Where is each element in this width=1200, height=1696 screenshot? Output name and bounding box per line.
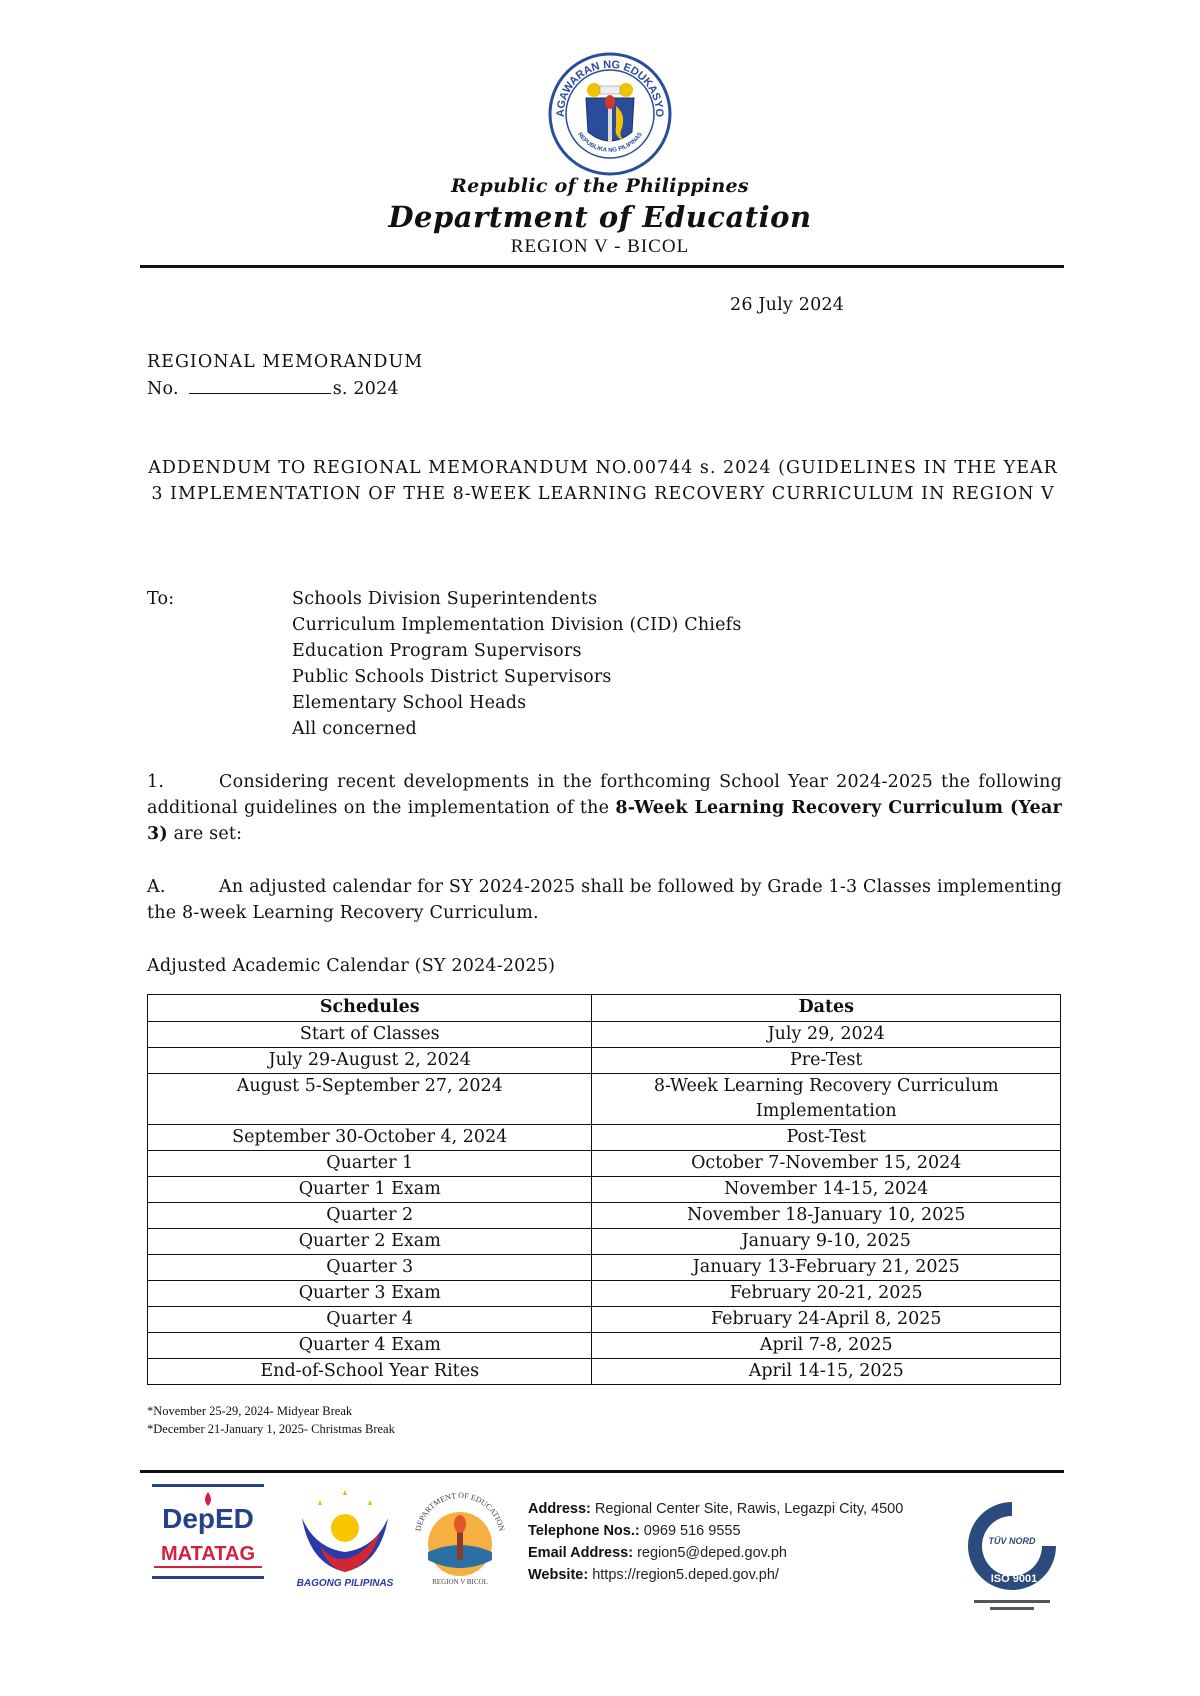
date-cell: November 18-January 10, 2025 [592, 1203, 1061, 1229]
note-midyear-break: *November 25-29, 2024- Midyear Break [147, 1402, 395, 1420]
note-christmas-break: *December 21-January 1, 2025- Christmas … [147, 1420, 395, 1438]
schedule-cell: Quarter 4 [148, 1307, 592, 1333]
memo-number-line: No.s. 2024 [147, 375, 399, 402]
recipient-item: Education Program Supervisors [292, 638, 742, 664]
bagong-pilipinas-logo-icon: BAGONG PILIPINAS [290, 1486, 400, 1590]
memo-subject: ADDENDUM TO REGIONAL MEMORANDUM NO.00744… [147, 455, 1059, 507]
schedule-cell: End-of-School Year Rites [148, 1359, 592, 1385]
contact-address: Address: Regional Center Site, Rawis, Le… [528, 1498, 903, 1520]
recipient-item: Schools Division Superintendents [292, 586, 742, 612]
department-heading: Department of Education [0, 200, 1200, 234]
deped-matatag-logo-icon: DepED MATATAG [152, 1484, 264, 1582]
svg-text:MATATAG: MATATAG [161, 1543, 255, 1565]
schedule-cell: Quarter 2 Exam [148, 1229, 592, 1255]
table-row: Quarter 1October 7-November 15, 2024 [148, 1151, 1061, 1177]
calendar-table: Schedules Dates Start of ClassesJuly 29,… [147, 994, 1061, 1385]
schedule-cell: Quarter 3 [148, 1255, 592, 1281]
schedule-cell: Quarter 4 Exam [148, 1333, 592, 1359]
paragraph-1: 1.Considering recent developments in the… [147, 769, 1062, 847]
footer-divider [140, 1470, 1064, 1473]
paragraph-text-end: are set: [168, 824, 242, 844]
recipient-item: Curriculum Implementation Division (CID)… [292, 612, 742, 638]
deped-region-v-logo-icon: DEPARTMENT OF EDUCATION REGION V BICOL [410, 1486, 510, 1588]
svg-text:TÜV NORD: TÜV NORD [989, 1536, 1037, 1546]
date-cell: October 7-November 15, 2024 [592, 1151, 1061, 1177]
date-cell: February 20-21, 2025 [592, 1281, 1061, 1307]
table-row: August 5-September 27, 20248-Week Learni… [148, 1074, 1061, 1125]
column-header-schedules: Schedules [148, 995, 592, 1022]
schedule-cell: Quarter 1 [148, 1151, 592, 1177]
schedule-cell: September 30-October 4, 2024 [148, 1125, 592, 1151]
schedule-cell: August 5-September 27, 2024 [148, 1074, 592, 1125]
date-cell: April 7-8, 2025 [592, 1333, 1061, 1359]
region-heading: REGION V - BICOL [0, 236, 1200, 258]
date-cell: April 14-15, 2025 [592, 1359, 1061, 1385]
date-cell: February 24-April 8, 2025 [592, 1307, 1061, 1333]
table-header-row: Schedules Dates [148, 995, 1061, 1022]
email-link[interactable]: region5@deped.gov.ph [637, 1545, 787, 1561]
memo-number-prefix: No. [147, 379, 179, 399]
date-cell: Pre-Test [592, 1048, 1061, 1074]
calendar-notes: *November 25-29, 2024- Midyear Break *De… [147, 1402, 395, 1438]
recipient-list: Schools Division Superintendents Curricu… [292, 586, 742, 742]
svg-text:BAGONG PILIPINAS: BAGONG PILIPINAS [297, 1578, 394, 1589]
paragraph-letter: A. [147, 874, 219, 900]
date-cell: November 14-15, 2024 [592, 1177, 1061, 1203]
table-row: Quarter 4 ExamApril 7-8, 2025 [148, 1333, 1061, 1359]
contact-email: Email Address: region5@deped.gov.ph [528, 1542, 903, 1564]
memorandum-page: KAGAWARAN NG EDUKASYON REPUBLIKA NG PILI… [0, 0, 1200, 1696]
paragraph-a: A.An adjusted calendar for SY 2024-2025 … [147, 874, 1062, 926]
table-row: End-of-School Year RitesApril 14-15, 202… [148, 1359, 1061, 1385]
table-row: Quarter 2November 18-January 10, 2025 [148, 1203, 1061, 1229]
recipient-item: Public Schools District Supervisors [292, 664, 742, 690]
calendar-table-title: Adjusted Academic Calendar (SY 2024-2025… [147, 953, 555, 979]
table-row: Quarter 3 ExamFebruary 20-21, 2025 [148, 1281, 1061, 1307]
table-row: July 29-August 2, 2024Pre-Test [148, 1048, 1061, 1074]
memo-type-label: REGIONAL MEMORANDUM [147, 349, 423, 375]
svg-text:ISO 9001: ISO 9001 [991, 1573, 1037, 1585]
schedule-cell: July 29-August 2, 2024 [148, 1048, 592, 1074]
header-divider [140, 265, 1064, 268]
schedule-cell: Start of Classes [148, 1022, 592, 1048]
deped-seal-icon: KAGAWARAN NG EDUKASYON REPUBLIKA NG PILI… [548, 52, 672, 176]
calendar-table-body: Start of ClassesJuly 29, 2024July 29-Aug… [148, 1022, 1061, 1385]
contact-website: Website: https://region5.deped.gov.ph/ [528, 1564, 903, 1586]
date-cell: July 29, 2024 [592, 1022, 1061, 1048]
date-cell: 8-Week Learning Recovery Curriculum Impl… [592, 1074, 1061, 1125]
schedule-cell: Quarter 3 Exam [148, 1281, 592, 1307]
svg-text:DepED: DepED [162, 1503, 254, 1534]
recipient-item: All concerned [292, 716, 742, 742]
date-cell: January 13-February 21, 2025 [592, 1255, 1061, 1281]
date-cell: January 9-10, 2025 [592, 1229, 1061, 1255]
table-row: Quarter 3January 13-February 21, 2025 [148, 1255, 1061, 1281]
memo-number-blank [189, 375, 331, 394]
schedule-cell: Quarter 2 [148, 1203, 592, 1229]
table-row: September 30-October 4, 2024Post-Test [148, 1125, 1061, 1151]
paragraph-number: 1. [147, 769, 219, 795]
recipient-item: Elementary School Heads [292, 690, 742, 716]
paragraph-text: An adjusted calendar for SY 2024-2025 sh… [147, 877, 1062, 923]
table-row: Quarter 4February 24-April 8, 2025 [148, 1307, 1061, 1333]
table-row: Quarter 1 ExamNovember 14-15, 2024 [148, 1177, 1061, 1203]
svg-text:REGION V BICOL: REGION V BICOL [432, 1578, 488, 1586]
memo-date: 26 July 2024 [730, 292, 844, 318]
table-row: Start of ClassesJuly 29, 2024 [148, 1022, 1061, 1048]
table-row: Quarter 2 ExamJanuary 9-10, 2025 [148, 1229, 1061, 1255]
contact-block: Address: Regional Center Site, Rawis, Le… [528, 1498, 903, 1586]
contact-telephone: Telephone Nos.: 0969 516 9555 [528, 1520, 903, 1542]
date-cell: Post-Test [592, 1125, 1061, 1151]
schedule-cell: Quarter 1 Exam [148, 1177, 592, 1203]
website-link[interactable]: https://region5.deped.gov.ph/ [592, 1567, 779, 1583]
republic-heading: Republic of the Philippines [0, 175, 1200, 197]
tuv-iso-certification-icon: TÜV NORD ISO 9001 [960, 1496, 1064, 1616]
memo-number-suffix: s. 2024 [333, 379, 399, 399]
column-header-dates: Dates [592, 995, 1061, 1022]
to-label: To: [147, 586, 174, 612]
